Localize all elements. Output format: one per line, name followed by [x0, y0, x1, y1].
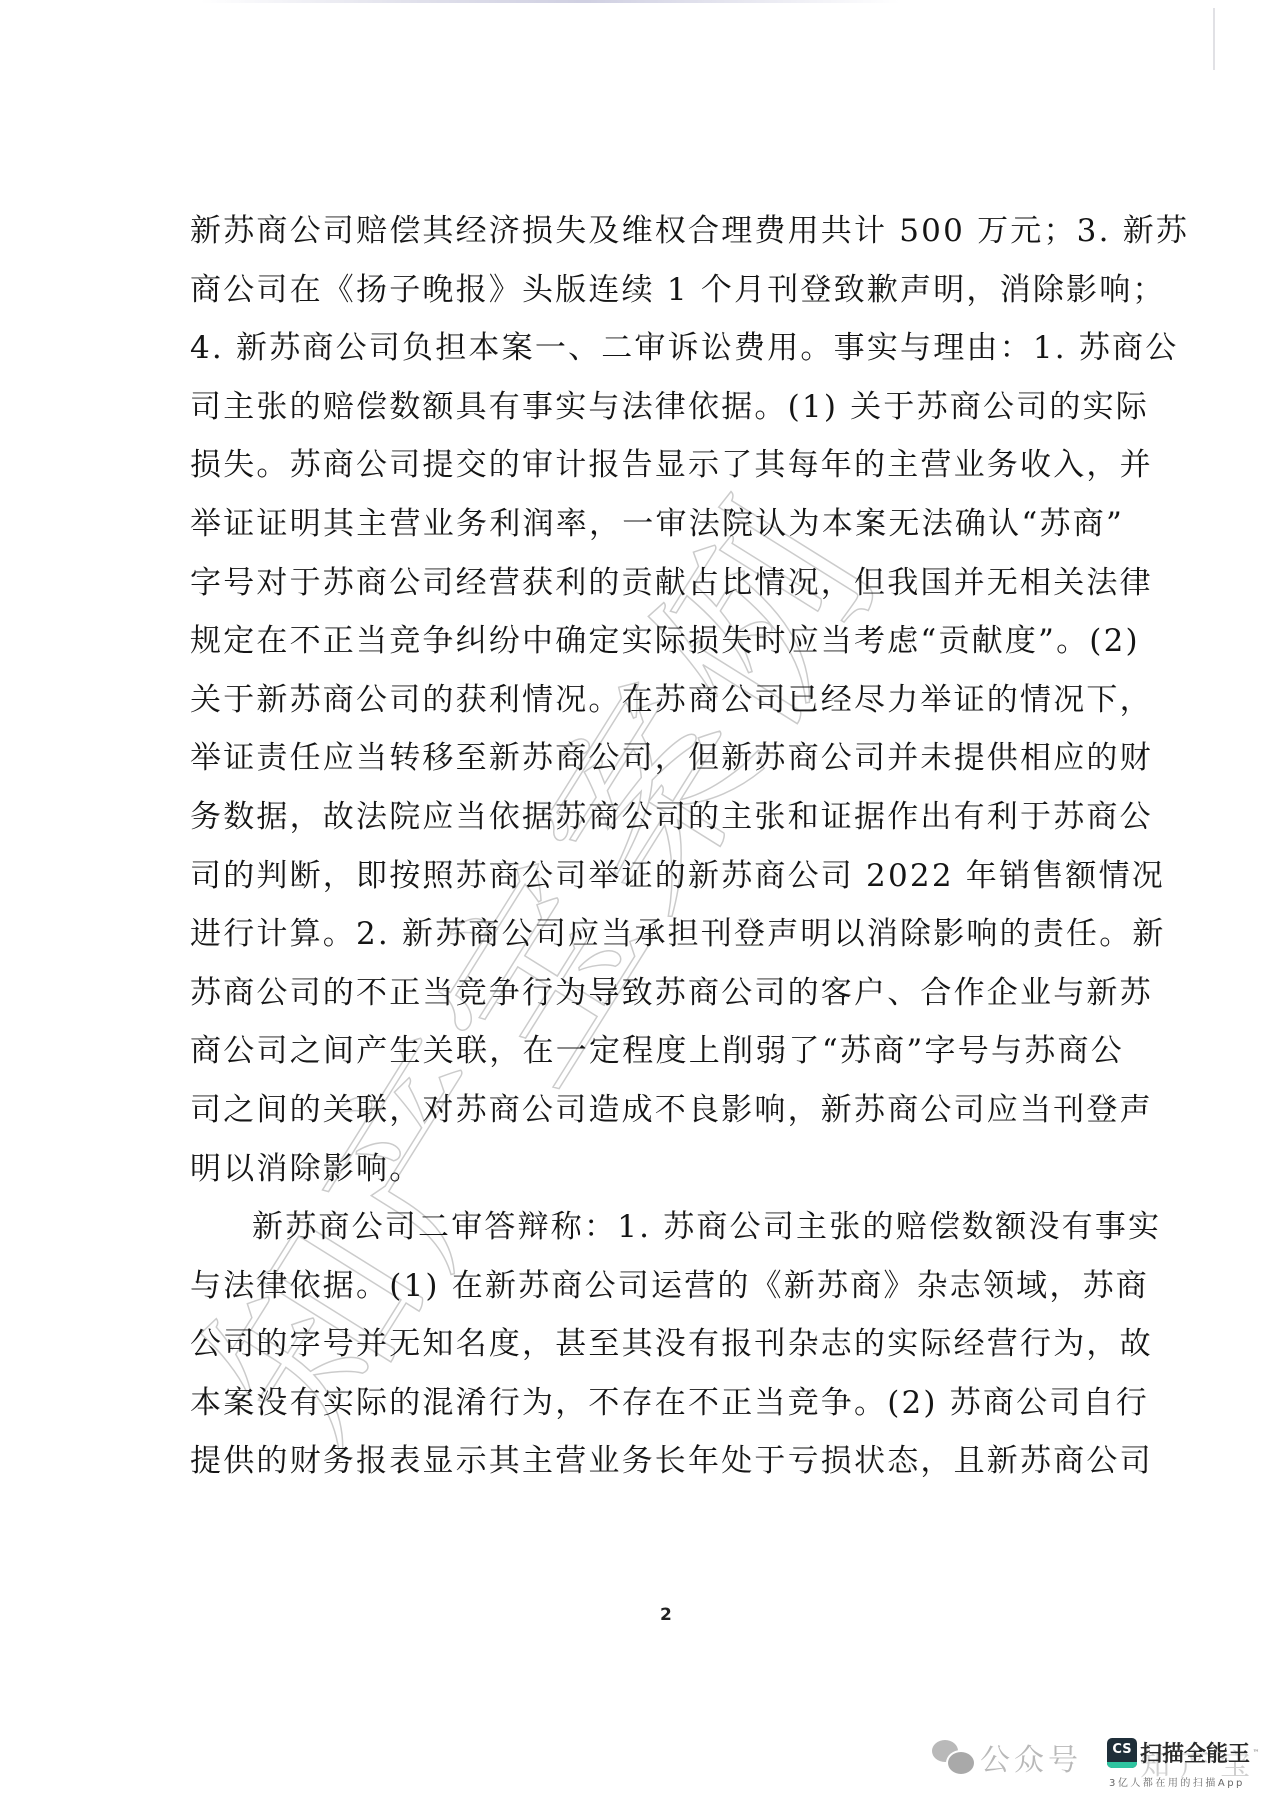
- paragraph-appeal-claims: 新苏商公司赔偿其经济损失及维权合理费用共计 500 万元；3. 新苏 商公司在《…: [190, 202, 1124, 1198]
- text-line: 进行计算。2. 新苏商公司应当承担刊登声明以消除影响的责任。新: [190, 905, 1124, 964]
- text-line: 司主张的赔偿数额具有事实与法律依据。(1) 关于苏商公司的实际: [190, 378, 1124, 437]
- text-line: 司之间的关联，对苏商公司造成不良影响，新苏商公司应当刊登声: [190, 1081, 1124, 1140]
- camscanner-logo-icon: CS: [1107, 1738, 1137, 1768]
- document-page-body: 新苏商公司赔偿其经济损失及维权合理费用共计 500 万元；3. 新苏 商公司在《…: [190, 202, 1124, 1491]
- text-line: 本案没有实际的混淆行为，不存在不正当竞争。(2) 苏商公司自行: [190, 1374, 1124, 1433]
- trademark-symbol: ™: [1253, 1749, 1259, 1756]
- page-number: 2: [660, 1605, 672, 1625]
- text-line: 举证证明其主营业务利润率，一审法院认为本案无法确认“苏商”: [190, 495, 1124, 554]
- text-line: 商公司之间产生关联，在一定程度上削弱了“苏商”字号与苏商公: [190, 1022, 1124, 1081]
- wechat-icon: [930, 1738, 974, 1776]
- text-line: 商公司在《扬子晚报》头版连续 1 个月刊登致歉声明，消除影响；: [190, 261, 1124, 320]
- text-line: 规定在不正当竞争纠纷中确定实际损失时应当考虑“贡献度”。(2): [190, 612, 1124, 671]
- text-line: 举证责任应当转移至新苏商公司，但新苏商公司并未提供相应的财: [190, 729, 1124, 788]
- text-line: 与法律依据。(1) 在新苏商公司运营的《新苏商》杂志领域，苏商: [190, 1257, 1124, 1316]
- scanner-tagline: 3亿人都在用的扫描App: [1109, 1774, 1259, 1789]
- text-line: 明以消除影响。: [190, 1140, 1124, 1199]
- paragraph-respondent-defense: 新苏商公司二审答辩称：1. 苏商公司主张的赔偿数额没有事实 与法律依据。(1) …: [190, 1198, 1124, 1491]
- scan-artifact-right: [1213, 8, 1215, 70]
- scan-artifact-top: [200, 0, 900, 3]
- text-line: 损失。苏商公司提交的审计报告显示了其每年的主营业务收入，并: [190, 436, 1124, 495]
- text-line: 苏商公司的不正当竞争行为导致苏商公司的客户、合作企业与新苏: [190, 964, 1124, 1023]
- scanner-app-name: 扫描全能王: [1140, 1737, 1250, 1768]
- text-line: 务数据，故法院应当依据苏商公司的主张和证据作出有利于苏商公: [190, 788, 1124, 847]
- text-line: 公司的字号并无知名度，甚至其没有报刊杂志的实际经营行为，故: [190, 1315, 1124, 1374]
- text-line: 新苏商公司二审答辩称：1. 苏商公司主张的赔偿数额没有事实: [190, 1198, 1124, 1257]
- text-line: 新苏商公司赔偿其经济损失及维权合理费用共计 500 万元；3. 新苏: [190, 202, 1124, 261]
- text-line: 关于新苏商公司的获利情况。在苏商公司已经尽力举证的情况下，: [190, 671, 1124, 730]
- text-line: 提供的财务报表显示其主营业务长年处于亏损状态，且新苏商公司: [190, 1432, 1124, 1491]
- wechat-label: 公众号: [980, 1735, 1082, 1779]
- wechat-watermark: 公众号: [930, 1735, 1082, 1779]
- text-line: 字号对于苏商公司经营获利的贡献占比情况，但我国并无相关法律: [190, 554, 1124, 613]
- text-line: 4. 新苏商公司负担本案一、二审诉讼费用。事实与理由：1. 苏商公: [190, 319, 1124, 378]
- text-line: 司的判断，即按照苏商公司举证的新苏商公司 2022 年销售额情况: [190, 847, 1124, 906]
- scanner-watermark: CS 扫描全能王 ™ 3亿人都在用的扫描App: [1107, 1737, 1259, 1789]
